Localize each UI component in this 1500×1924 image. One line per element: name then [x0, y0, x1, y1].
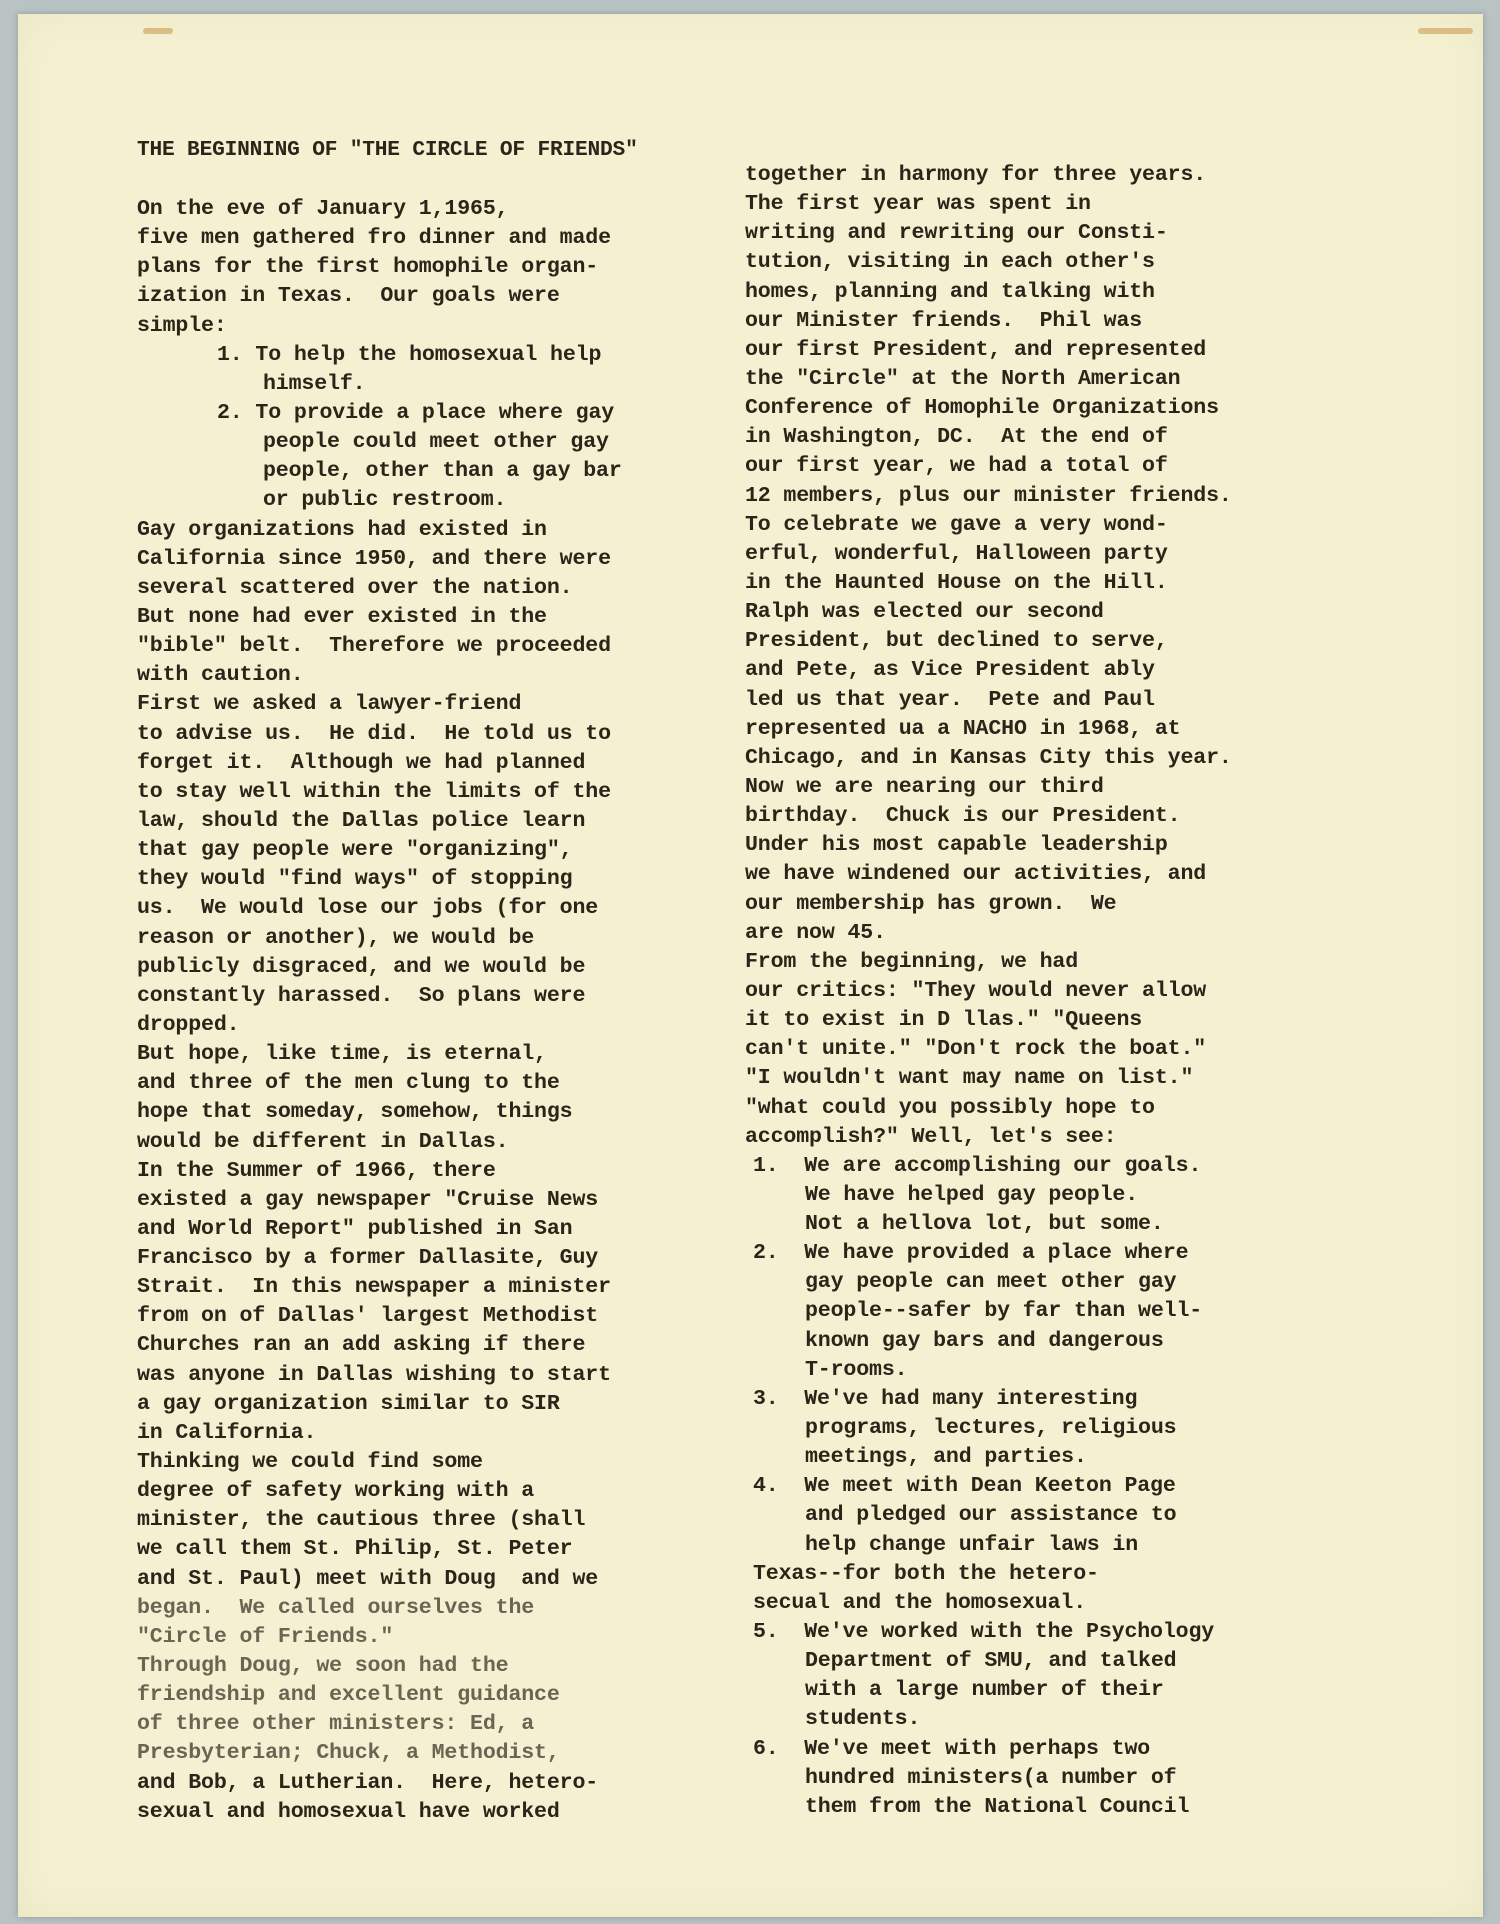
left-column: On the eve of January 1,1965,five men ga… — [137, 195, 622, 1827]
text-line: in Washington, DC. At the end of — [745, 423, 1232, 452]
text-line: together in harmony for three years. — [745, 161, 1232, 190]
text-line: 2. To provide a place where gay — [137, 399, 622, 428]
text-line: with a large number of their — [745, 1676, 1232, 1705]
text-line: The first year was spent in — [745, 190, 1232, 219]
text-line: Through Doug, we soon had the — [137, 1652, 622, 1681]
text-line: homes, planning and talking with — [745, 278, 1232, 307]
text-line: "I wouldn't want may name on list." — [745, 1064, 1232, 1093]
text-line: 12 members, plus our minister friends. — [745, 482, 1232, 511]
text-line: known gay bars and dangerous — [745, 1327, 1232, 1356]
text-line: hope that someday, somehow, things — [137, 1098, 622, 1127]
text-line: 1. To help the homosexual help — [137, 341, 622, 370]
text-line: several scattered over the nation. — [137, 574, 622, 603]
text-line: minister, the cautious three (shall — [137, 1506, 622, 1535]
text-line: began. We called ourselves the — [137, 1594, 622, 1623]
text-line: represented ua a NACHO in 1968, at — [745, 715, 1232, 744]
text-line: would be different in Dallas. — [137, 1128, 622, 1157]
text-line: T-rooms. — [745, 1356, 1232, 1385]
text-line: Gay organizations had existed in — [137, 516, 622, 545]
text-line: to stay well within the limits of the — [137, 778, 622, 807]
text-line: On the eve of January 1,1965, — [137, 195, 622, 224]
text-line: erful, wonderful, Halloween party — [745, 540, 1232, 569]
text-line: in California. — [137, 1419, 622, 1448]
text-line: Thinking we could find some — [137, 1448, 622, 1477]
text-line: programs, lectures, religious — [745, 1414, 1232, 1443]
text-line: Under his most capable leadership — [745, 831, 1232, 860]
text-line: gay people can meet other gay — [745, 1268, 1232, 1297]
text-line: we call them St. Philip, St. Peter — [137, 1535, 622, 1564]
text-line: Now we are nearing our third — [745, 773, 1232, 802]
text-line: But none had ever existed in the — [137, 603, 622, 632]
text-line: constantly harassed. So plans were — [137, 982, 622, 1011]
text-line: and St. Paul) meet with Doug and we — [137, 1565, 622, 1594]
text-line: them from the National Council — [745, 1793, 1232, 1822]
text-line: a gay organization similar to SIR — [137, 1390, 622, 1419]
text-line: law, should the Dallas police learn — [137, 807, 622, 836]
text-line: dropped. — [137, 1011, 622, 1040]
text-line: himself. — [137, 370, 622, 399]
text-line: existed a gay newspaper "Cruise News — [137, 1186, 622, 1215]
text-line: 6. We've meet with perhaps two — [745, 1735, 1232, 1764]
text-line: meetings, and parties. — [745, 1443, 1232, 1472]
text-line: Ralph was elected our second — [745, 598, 1232, 627]
text-line: people--safer by far than well- — [745, 1297, 1232, 1326]
text-line: simple: — [137, 312, 622, 341]
text-line: it to exist in D llas." "Queens — [745, 1006, 1232, 1035]
text-line: are now 45. — [745, 919, 1232, 948]
text-line: tution, visiting in each other's — [745, 248, 1232, 277]
text-line: from on of Dallas' largest Methodist — [137, 1302, 622, 1331]
text-line: and Bob, a Lutherian. Here, hetero- — [137, 1769, 622, 1798]
text-line: to advise us. He did. He told us to — [137, 720, 622, 749]
text-line: California since 1950, and there were — [137, 545, 622, 574]
text-line: Presbyterian; Chuck, a Methodist, — [137, 1739, 622, 1768]
text-line: First we asked a lawyer-friend — [137, 690, 622, 719]
text-line: 1. We are accomplishing our goals. — [745, 1152, 1232, 1181]
document-title: THE BEGINNING OF "THE CIRCLE OF FRIENDS" — [137, 138, 638, 162]
text-line: birthday. Chuck is our President. — [745, 802, 1232, 831]
text-line: Francisco by a former Dallasite, Guy — [137, 1244, 622, 1273]
text-line: that gay people were "organizing", — [137, 836, 622, 865]
text-line: ization in Texas. Our goals were — [137, 282, 622, 311]
text-line: Chicago, and in Kansas City this year. — [745, 744, 1232, 773]
text-line: or public restroom. — [137, 486, 622, 515]
text-line: and Pete, as Vice President ably — [745, 656, 1232, 685]
text-line: accomplish?" Well, let's see: — [745, 1123, 1232, 1152]
text-line: But hope, like time, is eternal, — [137, 1040, 622, 1069]
text-line: forget it. Although we had planned — [137, 749, 622, 778]
paper-stain — [1418, 28, 1473, 34]
text-line: can't unite." "Don't rock the boat." — [745, 1035, 1232, 1064]
text-line: publicly disgraced, and we would be — [137, 953, 622, 982]
text-line: our first President, and represented — [745, 336, 1232, 365]
text-line: 2. We have provided a place where — [745, 1239, 1232, 1268]
text-line: plans for the first homophile organ- — [137, 253, 622, 282]
text-line: Conference of Homophile Organizations — [745, 394, 1232, 423]
text-line: and three of the men clung to the — [137, 1069, 622, 1098]
text-line: To celebrate we gave a very wond- — [745, 511, 1232, 540]
text-line: 4. We meet with Dean Keeton Page — [745, 1472, 1232, 1501]
text-line: help change unfair laws in — [745, 1531, 1232, 1560]
text-line: they would "find ways" of stopping — [137, 865, 622, 894]
text-line: sexual and homosexual have worked — [137, 1798, 622, 1827]
text-line: Not a hellova lot, but some. — [745, 1210, 1232, 1239]
text-line: our critics: "They would never allow — [745, 977, 1232, 1006]
text-line: people could meet other gay — [137, 428, 622, 457]
text-line: President, but declined to serve, — [745, 627, 1232, 656]
text-line: Texas--for both the hetero- — [745, 1560, 1232, 1589]
text-line: Department of SMU, and talked — [745, 1647, 1232, 1676]
text-line: us. We would lose our jobs (for one — [137, 894, 622, 923]
text-line: From the beginning, we had — [745, 948, 1232, 977]
right-column: together in harmony for three years.The … — [745, 161, 1232, 1822]
text-line: Strait. In this newspaper a minister — [137, 1273, 622, 1302]
text-line: reason or another), we would be — [137, 924, 622, 953]
text-line: writing and rewriting our Consti- — [745, 219, 1232, 248]
text-line: and pledged our assistance to — [745, 1501, 1232, 1530]
text-line: with caution. — [137, 661, 622, 690]
paper-stain — [143, 28, 173, 34]
text-line: the "Circle" at the North American — [745, 365, 1232, 394]
text-line: degree of safety working with a — [137, 1477, 622, 1506]
text-line: in the Haunted House on the Hill. — [745, 569, 1232, 598]
text-line: people, other than a gay bar — [137, 457, 622, 486]
text-line: secual and the homosexual. — [745, 1589, 1232, 1618]
text-line: and World Report" published in San — [137, 1215, 622, 1244]
text-line: our membership has grown. We — [745, 890, 1232, 919]
text-line: In the Summer of 1966, there — [137, 1157, 622, 1186]
text-line: "bible" belt. Therefore we proceeded — [137, 632, 622, 661]
text-line: we have windened our activities, and — [745, 860, 1232, 889]
text-line: was anyone in Dallas wishing to start — [137, 1361, 622, 1390]
text-line: of three other ministers: Ed, a — [137, 1710, 622, 1739]
text-line: 5. We've worked with the Psychology — [745, 1618, 1232, 1647]
text-line: "Circle of Friends." — [137, 1623, 622, 1652]
text-line: hundred ministers(a number of — [745, 1764, 1232, 1793]
text-line: Churches ran an add asking if there — [137, 1331, 622, 1360]
text-line: students. — [745, 1705, 1232, 1734]
text-line: "what could you possibly hope to — [745, 1094, 1232, 1123]
text-line: 3. We've had many interesting — [745, 1385, 1232, 1414]
text-line: led us that year. Pete and Paul — [745, 686, 1232, 715]
text-line: friendship and excellent guidance — [137, 1681, 622, 1710]
text-line: our Minister friends. Phil was — [745, 307, 1232, 336]
text-line: our first year, we had a total of — [745, 452, 1232, 481]
text-line: We have helped gay people. — [745, 1181, 1232, 1210]
text-line: five men gathered fro dinner and made — [137, 224, 622, 253]
